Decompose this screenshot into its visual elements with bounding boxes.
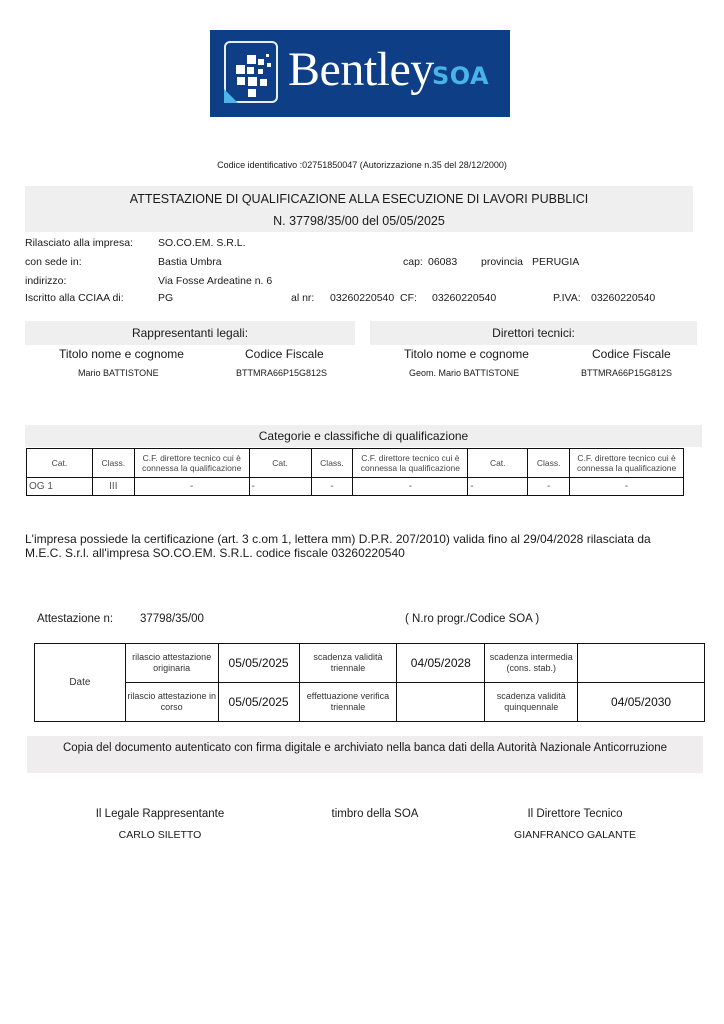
provincia-label: provincia (481, 256, 523, 268)
cell-cat: - (468, 478, 528, 496)
cell-class: - (528, 478, 570, 496)
header-class: Class. (528, 449, 570, 478)
rappresentante-name: Mario BATTISTONE (78, 368, 159, 378)
dates-label: Date (35, 644, 126, 722)
codice-identificativo: Codice identificativo :02751850047 (Auto… (0, 160, 724, 170)
rilascio-corso-label: rilascio attestazione in corso (125, 683, 218, 722)
header-cat: Cat. (249, 449, 311, 478)
categorie-header-row: Cat. Class. C.F. direttore tecnico cui è… (27, 449, 684, 478)
timbro-label: timbro della SOA (310, 808, 440, 820)
nr-value: 03260220540 (330, 292, 394, 304)
legale-label: Il Legale Rappresentante (90, 808, 230, 820)
cell-cf: - (353, 478, 468, 496)
rilascio-originaria-value: 05/05/2025 (218, 644, 299, 683)
direttore-signature-name: GIANFRANCO GALANTE (500, 829, 650, 841)
header-cat: Cat. (27, 449, 93, 478)
cap-label: cap: (403, 256, 423, 268)
cell-cat: OG 1 (27, 478, 93, 496)
categorie-heading: Categorie e classifiche di qualificazion… (25, 425, 702, 447)
verifica-triennale-value (397, 683, 485, 722)
dates-row-1: Date rilascio attestazione originaria 05… (35, 644, 705, 683)
logo-soa-suffix: SOA (432, 62, 489, 90)
cell-cat: - (249, 478, 311, 496)
bentley-soa-logo: Bentley SOA (210, 30, 510, 117)
direttore-cf: BTTMRA66P15G812S (581, 368, 672, 378)
direttori-heading: Direttori tecnici: (370, 321, 697, 345)
rappresentante-cf: BTTMRA66P15G812S (236, 368, 327, 378)
nr-label: al nr: (291, 292, 314, 304)
cell-class: III (92, 478, 134, 496)
certificazione-text: L'impresa possiede la certificazione (ar… (25, 532, 715, 560)
sede-label: con sede in: (25, 256, 82, 268)
document-title-band: ATTESTAZIONE DI QUALIFICAZIONE ALLA ESEC… (25, 186, 693, 232)
cciaa-label: Iscritto alla CCIAA di: (25, 292, 124, 304)
cell-cf: - (134, 478, 249, 496)
indirizzo-label: indirizzo: (25, 275, 66, 287)
pixel-square-icon (224, 41, 278, 103)
logo-wordmark: Bentley (288, 42, 434, 97)
legale-name: CARLO SILETTO (90, 829, 230, 841)
cciaa-value: PG (158, 292, 173, 304)
header-cf-direttore: C.F. direttore tecnico cui è connessa la… (570, 449, 684, 478)
rilascio-corso-value: 05/05/2025 (218, 683, 299, 722)
attestazione-note: ( N.ro progr./Codice SOA ) (405, 613, 539, 625)
categorie-table: Cat. Class. C.F. direttore tecnico cui è… (26, 448, 684, 496)
direttori-col-cf: Codice Fiscale (592, 347, 671, 361)
header-class: Class. (92, 449, 134, 478)
rilasciato-label: Rilasciato alla impresa: (25, 237, 133, 249)
attestazione-value: 37798/35/00 (140, 613, 204, 625)
header-cat: Cat. (468, 449, 528, 478)
rilascio-originaria-label: rilascio attestazione originaria (125, 644, 218, 683)
dates-table: Date rilascio attestazione originaria 05… (34, 643, 705, 722)
direttore-label: Il Direttore Tecnico (505, 808, 645, 820)
sede-value: Bastia Umbra (158, 256, 222, 268)
scadenza-quinquennale-label: scadenza validità quinquennale (485, 683, 578, 722)
attestazione-label: Attestazione n: (37, 613, 113, 625)
scadenza-triennale-value: 04/05/2028 (397, 644, 485, 683)
direttori-col-name: Titolo nome e cognome (404, 347, 529, 361)
anac-note: Copia del documento autenticato con firm… (27, 736, 703, 773)
document-title: ATTESTAZIONE DI QUALIFICAZIONE ALLA ESEC… (25, 192, 693, 206)
dates-row-2: rilascio attestazione in corso 05/05/202… (35, 683, 705, 722)
scadenza-quinquennale-value: 04/05/2030 (578, 683, 705, 722)
indirizzo-value: Via Fosse Ardeatine n. 6 (158, 275, 272, 287)
scadenza-intermedia-label: scadenza intermedia (cons. stab.) (485, 644, 578, 683)
cell-class: - (311, 478, 353, 496)
rappresentanti-heading: Rappresentanti legali: (25, 321, 355, 345)
scadenza-intermedia-value (578, 644, 705, 683)
rappresentanti-col-name: Titolo nome e cognome (59, 347, 184, 361)
document-number: N. 37798/35/00 del 05/05/2025 (25, 214, 693, 228)
scadenza-triennale-label: scadenza validità triennale (299, 644, 397, 683)
piva-label: P.IVA: (553, 292, 581, 304)
table-row: OG 1 III - - - - - - - (27, 478, 684, 496)
certificazione-line1: L'impresa possiede la certificazione (ar… (25, 532, 715, 546)
header-class: Class. (311, 449, 353, 478)
verifica-triennale-label: effettuazione verifica triennale (299, 683, 397, 722)
cap-value: 06083 (428, 256, 457, 268)
cf-label: CF: (400, 292, 417, 304)
direttore-name: Geom. Mario BATTISTONE (409, 368, 519, 378)
provincia-value: PERUGIA (532, 256, 579, 268)
rilasciato-value: SO.CO.EM. S.R.L. (158, 237, 246, 249)
header-cf-direttore: C.F. direttore tecnico cui è connessa la… (353, 449, 468, 478)
certificazione-line2: M.E.C. S.r.l. all'impresa SO.CO.EM. S.R.… (25, 546, 715, 560)
header-cf-direttore: C.F. direttore tecnico cui è connessa la… (134, 449, 249, 478)
piva-value: 03260220540 (591, 292, 655, 304)
cf-value: 03260220540 (432, 292, 496, 304)
cell-cf: - (570, 478, 684, 496)
rappresentanti-col-cf: Codice Fiscale (245, 347, 324, 361)
